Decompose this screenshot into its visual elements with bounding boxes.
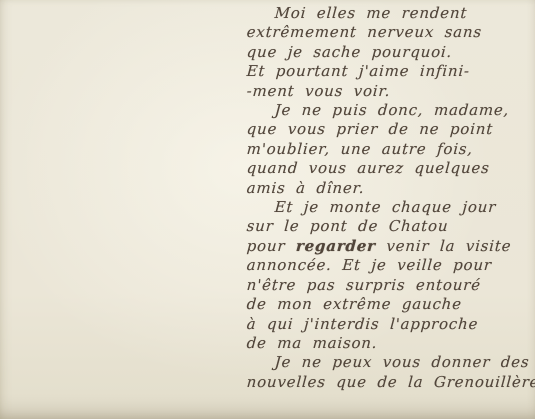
letter-line: Je ne puis donc, madame, [246, 101, 535, 120]
letter-line: Et je monte chaque jour [246, 198, 535, 217]
letter-line: m'oublier, une autre fois, [246, 140, 535, 159]
letter-line: que vous prier de ne point [246, 120, 535, 139]
letter-line: Et pourtant j'aime infini- [246, 62, 535, 81]
letter-line: Je ne peux vous donner des [246, 353, 535, 372]
emphasized-word: regarder [295, 237, 376, 255]
letter-photo: { "page": { "paper_color": "#ebe7d9", "i… [0, 0, 535, 419]
letter-line: -ment vous voir. [246, 82, 535, 101]
letter-line: nouvelles que de la Grenouillère, [246, 373, 535, 392]
letter-line: de mon extrême gauche [246, 295, 535, 314]
letter-line: que je sache pourquoi. [246, 43, 535, 62]
letter-line: n'être pas surpris entouré [246, 276, 535, 295]
letter-line: sur le pont de Chatou [246, 217, 535, 236]
letter-line: quand vous aurez quelques [246, 159, 535, 178]
letter-line: annoncée. Et je veille pour [246, 256, 535, 275]
letter-line: amis à dîner. [246, 179, 535, 198]
letter-line: extrêmement nerveux sans [246, 23, 535, 42]
letter-line: de ma maison. [246, 334, 535, 353]
letter-line: Moi elles me rendent [246, 4, 535, 23]
letter-line: pour regarder venir la visite [246, 237, 535, 256]
letter-text-block: Moi elles me rendentextrêmement nerveux … [246, 4, 535, 392]
letter-line: à qui j'interdis l'approche [246, 315, 535, 334]
